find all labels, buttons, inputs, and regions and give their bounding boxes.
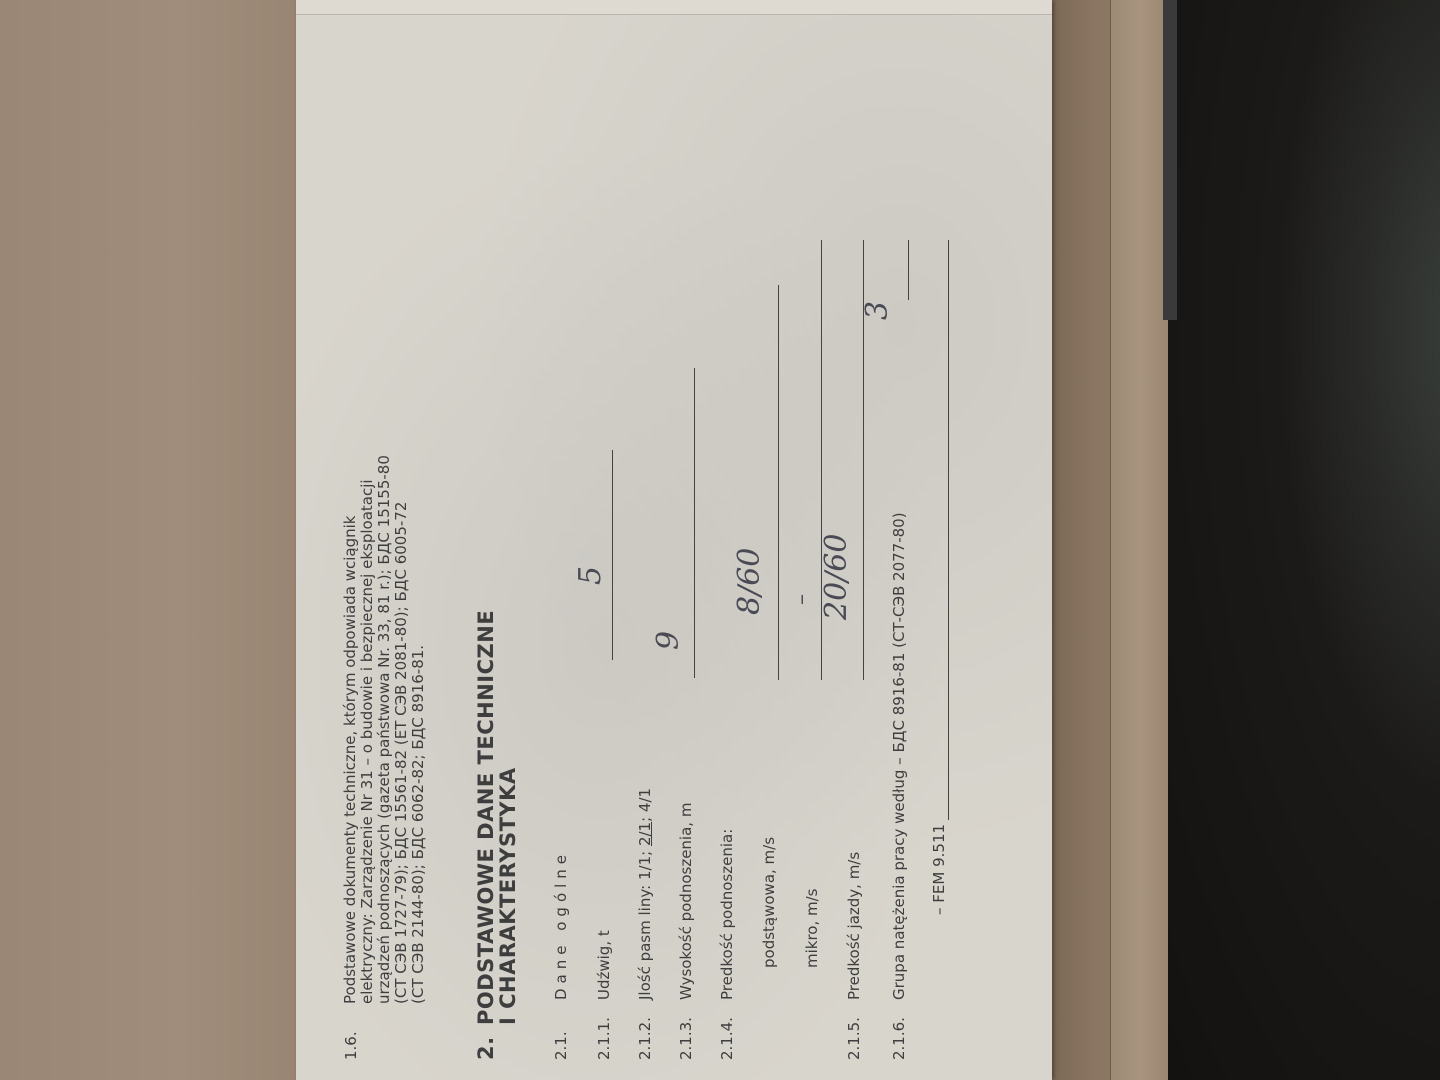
paragraph-text: Podstawowe dokumenty techniczne, którym … (342, 134, 427, 1004)
paragraph-line: elektryczny: Zarządzenie Nr 31 – o budow… (359, 134, 376, 1004)
paragraph-line: (СТ СЭВ 2144-80); БДС 6062-82; БДС 8916-… (410, 134, 427, 1004)
item-number: 2.1.2. (636, 1017, 654, 1060)
handwritten-value: 20/60 (819, 534, 854, 620)
fill-line (778, 285, 779, 680)
paragraph-line: Podstawowe dokumenty techniczne, którym … (342, 134, 359, 1004)
item-label: Predkość podnoszenia: (718, 829, 736, 1000)
handwritten-value: 8/60 (732, 548, 767, 615)
handwritten-value: 3 (860, 301, 895, 320)
option-4-1: 4/1 (636, 788, 654, 812)
item-number: 2.1.1. (595, 1017, 613, 1060)
paragraph-line: (СТ СЭВ 1727-79); БДС 15561-82 (ЕТ СЭВ 2… (393, 134, 410, 1004)
handwritten-value: – (789, 594, 814, 605)
wooden-board-edge (1110, 0, 1169, 1080)
item-label: Dane ogólne (552, 850, 570, 1000)
metal-strip (1163, 0, 1177, 320)
item-label: podstąwowa, m/s (760, 837, 778, 968)
item-number: 2.1.4. (718, 1017, 736, 1060)
handwritten-value: 9 (651, 631, 686, 650)
option-1-1: 1/1 (636, 856, 654, 880)
fill-line (908, 240, 909, 300)
paragraph-line: urządzeń podnoszących (gazeta państwowa … (376, 134, 393, 1004)
paper-fold (296, 0, 1052, 15)
paragraph-number: 1.6. (342, 1031, 360, 1060)
wooden-table-surface (0, 0, 300, 1080)
document-page-rotated: 1.6. Podstawowe dokumenty techniczne, kt… (330, 60, 1010, 1060)
item-label: mikro, m/s (803, 889, 821, 969)
item-number: 2.1.6. (890, 1017, 908, 1060)
item-label: Jlość pasm liny: 1/1; 2/1; 4/1 (636, 788, 654, 1000)
item-label: Grupa natężenia pracy według – БДС 8916-… (890, 512, 908, 1000)
fill-line (948, 240, 949, 820)
handwritten-value: 5 (573, 566, 608, 585)
item-label: Wysokość podnoszenia, m (677, 803, 695, 1000)
item-label: Predkość jazdy, m/s (845, 852, 863, 1000)
item-number: 2.1.3. (677, 1017, 695, 1060)
option-2-1-selected: 2/1 (636, 822, 654, 846)
section-title-line2: I CHARAKTERYSTYKA (497, 767, 519, 1025)
item-label: Udźwig, t (595, 930, 613, 1000)
fill-line (694, 368, 695, 678)
dark-background (1168, 0, 1440, 1080)
item-label-text: Jlość pasm liny: (636, 885, 654, 1000)
section-title-line1: PODSTAWOWE DANE TECHNICZNE (475, 610, 497, 1025)
section-number: 2. (475, 1036, 497, 1060)
item-number: 2.1. (552, 1031, 570, 1060)
fill-line (612, 450, 613, 660)
item-label: – FEM 9.511 (930, 824, 948, 915)
item-number: 2.1.5. (845, 1017, 863, 1060)
